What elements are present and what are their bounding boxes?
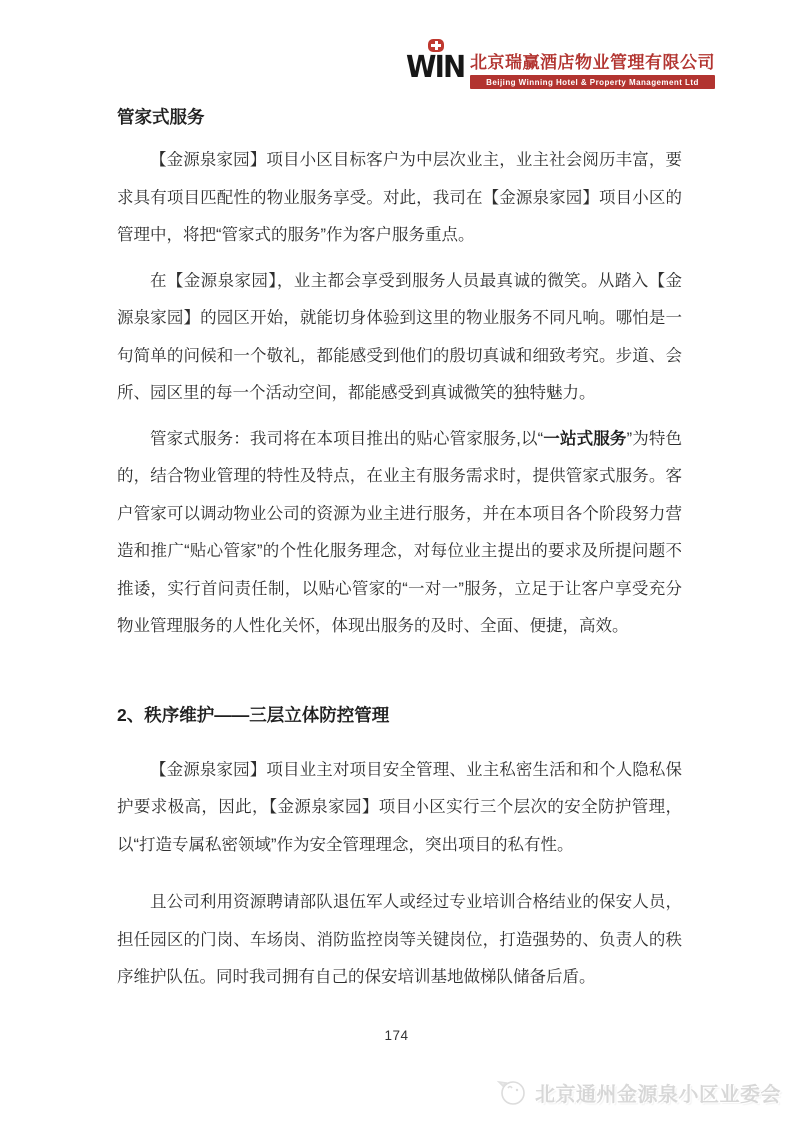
page-number: 174: [0, 1028, 793, 1043]
watermark-emblem-icon: [496, 1076, 528, 1108]
section2-paragraph-1: 【金源泉家园】项目业主对项目安全管理、业主私密生活和和个人隐私保护要求极高，因此…: [117, 752, 682, 865]
section2-heading: 2、秩序维护——三层立体防控管理: [117, 702, 682, 728]
win-logo: WIN: [406, 38, 464, 94]
document-page: WIN 北京瑞赢酒店物业管理有限公司 Beijing Winning Hotel…: [0, 0, 793, 1122]
watermark-text: 北京通州金源泉小区业委会: [535, 1078, 781, 1107]
company-name-zh: 北京瑞赢酒店物业管理有限公司: [470, 48, 715, 73]
section1-paragraph-2: 在【金源泉家园】，业主都会享受到服务人员最真诚的微笑。从踏入【金源泉家园】的园区…: [117, 263, 682, 413]
company-logo: WIN 北京瑞赢酒店物业管理有限公司 Beijing Winning Hotel…: [406, 38, 715, 94]
section1-heading: 管家式服务: [117, 104, 682, 130]
document-body: 管家式服务 【金源泉家园】项目小区目标客户为中层次业主，业主社会阅历丰富，要求具…: [117, 104, 682, 1017]
watermark: 北京通州金源泉小区业委会: [496, 1076, 781, 1108]
bold-phrase: 一站式服务: [543, 430, 626, 448]
section1-paragraph-3: 管家式服务：我司将在本项目推出的贴心管家服务,以“一站式服务”为特色的，结合物业…: [117, 421, 682, 646]
paragraph-text: 管家式服务：我司将在本项目推出的贴心管家服务,以“: [150, 430, 543, 448]
paragraph-text: ”为特色的，结合物业管理的特性及特点，在业主有服务需求时，提供管家式服务。客户管…: [117, 430, 682, 636]
company-name-block: 北京瑞赢酒店物业管理有限公司 Beijing Winning Hotel & P…: [470, 48, 715, 89]
company-name-en: Beijing Winning Hotel & Property Managem…: [470, 75, 715, 89]
win-logo-text: WIN: [406, 50, 464, 85]
section1-paragraph-1: 【金源泉家园】项目小区目标客户为中层次业主，业主社会阅历丰富，要求具有项目匹配性…: [117, 142, 682, 255]
section2-paragraph-2: 且公司利用资源聘请部队退伍军人或经过专业培训合格结业的保安人员，担任园区的门岗、…: [117, 884, 682, 997]
